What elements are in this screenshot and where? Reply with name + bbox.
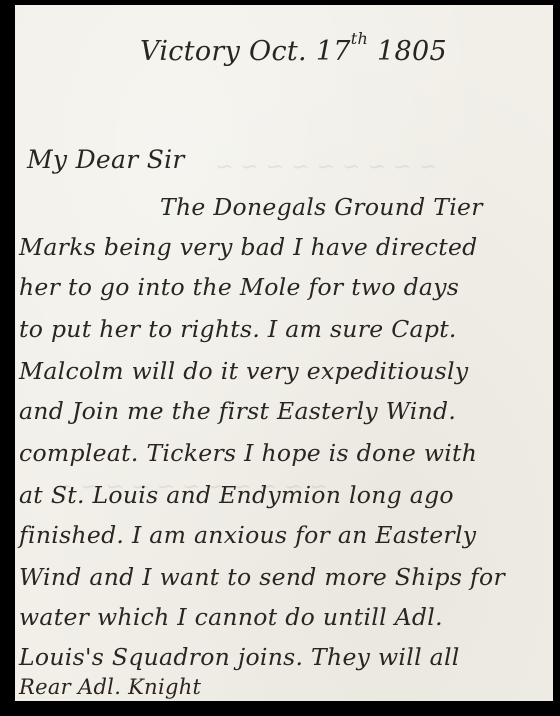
dateline-year: 1805 <box>377 36 447 67</box>
letter-line: The Donegals Ground Tier <box>160 193 483 221</box>
letter-line: her to go into the Mole for two days <box>19 273 459 301</box>
letter-line: finished. I am anxious for an Easterly <box>19 521 476 549</box>
letter-page: ~ ~ ~ ~ ~ ~ ~ ~ ~ ~ ~ ~ ~ ~ ~ ~ ~ ~ ~ ~ … <box>15 5 553 701</box>
letter-salutation: My Dear Sir <box>27 145 185 174</box>
letter-line: to put her to rights. I am sure Capt. <box>19 315 457 343</box>
dateline-day: 17 <box>316 36 351 67</box>
letter-line: at St. Louis and Endymion long ago <box>19 481 454 509</box>
dateline-month: Oct. <box>249 36 307 67</box>
letter-line: compleat. Tickers I hope is done with <box>19 439 477 467</box>
bleed-through-text: ~ ~ ~ ~ ~ ~ ~ ~ ~ <box>215 155 437 180</box>
dateline-day-suffix: th <box>351 29 368 48</box>
dateline-place: Victory <box>140 36 240 67</box>
letter-line: Rear Adl. Knight <box>19 675 201 699</box>
letter-line: water which I cannot do untill Adl. <box>19 603 443 631</box>
letter-line: Malcolm will do it very expeditiously <box>19 357 468 385</box>
letter-line: and Join me the first Easterly Wind. <box>19 397 456 425</box>
letter-line: Marks being very bad I have directed <box>19 233 478 261</box>
letter-line: Louis's Squadron joins. They will all <box>19 643 460 671</box>
letter-dateline: Victory Oct. 17th 1805 <box>140 35 447 67</box>
letter-line: Wind and I want to send more Ships for <box>19 563 505 591</box>
